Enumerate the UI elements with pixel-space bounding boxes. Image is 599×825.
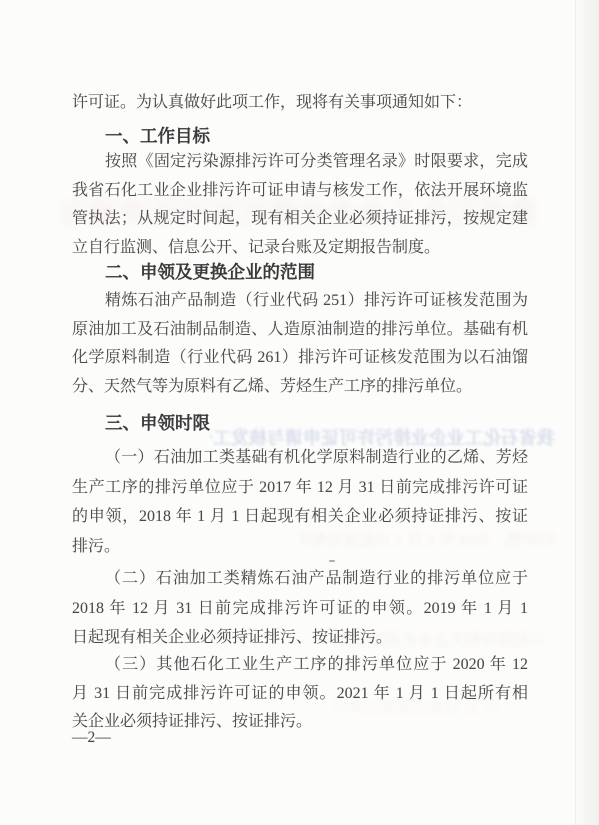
- section-3-heading: 三、申领时限: [72, 409, 561, 437]
- page-number: —2—: [72, 729, 111, 747]
- body-line: 许可证。为认真做好此项工作，现将有关事项通知如下：: [72, 89, 528, 118]
- body-line: （一）石油加工类基础有机化学原料制造行业的乙烯、芳烃: [72, 443, 528, 473]
- body-line: 原油加工及石油制品制造、人造原油制造的排污单位。基础有机: [72, 316, 528, 345]
- scanned-document-page: 我省石化工业企业排污许可证申请与核发工作，依法开展环境监 我省石化工业企业排污许…: [0, 0, 599, 825]
- section-2-heading: 二、申领及更换企业的范围: [72, 258, 561, 286]
- scan-edge-shadow: [573, 0, 599, 825]
- body-line: 管执法；从规定时间起，现有相关企业必须持证排污，按规定建: [72, 205, 528, 234]
- section-3-item-1-paragraph: （一）石油加工类基础有机化学原料制造行业的乙烯、芳烃 生产工序的排污单位应于 2…: [72, 443, 528, 561]
- body-line: 日起现有相关企业必须持证排污、按证排污。: [72, 623, 528, 653]
- body-line: 的申领，2018 年 1 月 1 日起现有相关企业必须持证排污、按证: [72, 502, 528, 532]
- section-2-paragraph: 精炼石油产品制造（行业代码 251）排污许可证核发范围为 原油加工及石油制品制造…: [72, 287, 528, 401]
- section-1-heading: 一、工作目标: [72, 122, 561, 150]
- section-1-paragraph: 按照《固定污染源排污许可分类管理名录》时限要求，完成 我省石化工业企业排污许可证…: [72, 148, 528, 262]
- body-line: 我省石化工业企业排污许可证申请与核发工作，依法开展环境监: [72, 177, 528, 206]
- body-line: （二）石油加工类精炼石油产品制造行业的排污单位应于: [72, 564, 528, 594]
- section-3-item-2-paragraph: （二）石油加工类精炼石油产品制造行业的排污单位应于 2018 年 12 月 31…: [72, 564, 528, 653]
- intro-paragraph: 许可证。为认真做好此项工作，现将有关事项通知如下：: [72, 89, 528, 118]
- body-line: 排污。: [72, 532, 528, 562]
- body-line: 分、天然气等为原料有乙烯、芳烃生产工序的排污单位。: [72, 373, 528, 402]
- body-line: 化学原料制造（行业代码 261）排污许可证核发范围为以石油馏: [72, 344, 528, 373]
- body-line: 2018 年 12 月 31 日前完成排污许可证的申领。2019 年 1 月 1: [72, 594, 528, 624]
- scan-edge-line: [575, 0, 576, 825]
- body-line: （三）其他石化工业生产工序的排污单位应于 2020 年 12: [72, 651, 528, 680]
- body-line: 月 31 日前完成排污许可证的申领。2021 年 1 月 1 日起所有相: [72, 680, 528, 709]
- document-body: 许可证。为认真做好此项工作，现将有关事项通知如下： 一、工作目标 按照《固定污染…: [72, 0, 528, 825]
- body-line: 关企业必须持证排污、按证排污。: [72, 708, 528, 737]
- body-line: 生产工序的排污单位应于 2017 年 12 月 31 日前完成排污许可证: [72, 473, 528, 503]
- section-3-item-3-paragraph: （三）其他石化工业生产工序的排污单位应于 2020 年 12 月 31 日前完成…: [72, 651, 528, 737]
- body-line: 按照《固定污染源排污许可分类管理名录》时限要求，完成: [72, 148, 528, 177]
- body-line: 精炼石油产品制造（行业代码 251）排污许可证核发范围为: [72, 287, 528, 316]
